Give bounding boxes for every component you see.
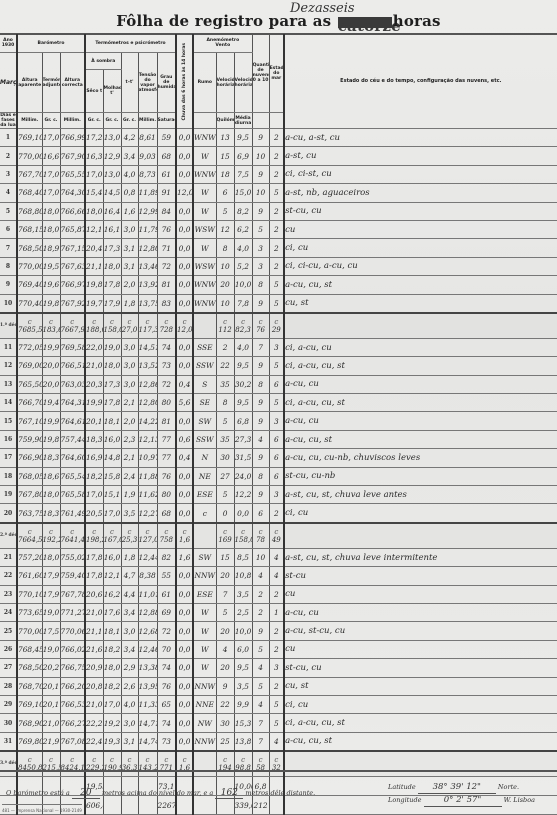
cell-conditions: st-cu, cu-nb [284, 467, 557, 485]
cell-vapor: 11,62 [138, 486, 157, 504]
cell-vel: 27 [216, 467, 234, 485]
cell-vapor: 14,74 [138, 732, 157, 751]
cell-rain: 0,0 [176, 129, 193, 147]
cell-vel: 5 [216, 202, 234, 220]
cell-wet: 17,3 [103, 375, 121, 393]
decade-corr: c7641,49 [60, 523, 85, 549]
baro-thermo-header: Termómetro adjunto [42, 53, 60, 113]
day-number: 4 [0, 184, 17, 202]
cell-rain: 0,0 [176, 659, 193, 677]
decade-conditions [284, 751, 557, 777]
cell-rain: 0,0 [176, 695, 193, 713]
cell-vel2: 8,2 [234, 202, 252, 220]
cell-dir: NNW [193, 677, 216, 695]
cell-corr: 771,27 [60, 603, 85, 621]
cell-vel2: 13,8 [234, 732, 252, 751]
cell-hum: 77 [157, 430, 176, 448]
cell-thermo: 19,4 [42, 394, 60, 412]
cell-dir: S [193, 375, 216, 393]
cell-wet: 18,1 [103, 622, 121, 640]
cell-vel2: 4,0 [234, 239, 252, 257]
cell-dir: NNW [193, 567, 216, 585]
cell-hum: 76 [157, 467, 176, 485]
cell-dir: NW [193, 714, 216, 732]
table-row: 31769,8021,9767,0822,419,33,114,74730,0N… [0, 732, 557, 751]
cell-dry: 15,4 [85, 184, 103, 202]
cell-thermo: 18,6 [42, 467, 60, 485]
cell-diff: 3,0 [121, 220, 138, 238]
cell-diff: 1,6 [121, 202, 138, 220]
cell-vel: 4 [216, 640, 234, 658]
cell-sea: 2 [269, 239, 284, 257]
table-row: 22761,6017,9759,4017,812,14,78,38550,0NN… [0, 567, 557, 585]
decade-wet: c158,0 [103, 313, 121, 339]
cell-sea: 5 [269, 184, 284, 202]
cell-corr: 766,66 [60, 202, 85, 220]
cell-corr: 766,27 [60, 714, 85, 732]
cell-clouds: 9 [252, 622, 269, 640]
day-number: 5 [0, 202, 17, 220]
unit-label: Gr. c. [85, 113, 103, 129]
cell-hum: 61 [157, 585, 176, 603]
baro-corrected-header: Altura correcta [60, 53, 85, 113]
decade-sea: c32 [269, 751, 284, 777]
barometer-note: O barómetro está a 20 metros acima do ní… [6, 788, 315, 799]
cell-vapor: 14,22 [138, 412, 157, 430]
table-row: 8770,0019,5767,6321,118,03,113,46720,0WS… [0, 257, 557, 275]
cell-wet: 12,9 [103, 147, 121, 165]
cell-wet: 18,2 [103, 640, 121, 658]
cell-clouds: 9 [252, 294, 269, 313]
cell-wet: 13,0 [103, 129, 121, 147]
cell-clouds: 2 [252, 585, 269, 603]
cell-conditions: ci, cu [284, 239, 557, 257]
decade-sea: c29 [269, 313, 284, 339]
cell-vel: 22 [216, 695, 234, 713]
cell-vel2: 12,2 [234, 486, 252, 504]
cell-vel2: 6,9 [234, 147, 252, 165]
baro-note-mid: metros acima do nível do mar, e a [102, 789, 213, 797]
day-number: 21 [0, 548, 17, 566]
decade-summary-row: 1.ª décadac7685,50c183,6c7667,92c188,0c1… [0, 313, 557, 339]
cell-vel: 35 [216, 375, 234, 393]
cell-vapor: 11,79 [138, 220, 157, 238]
cell-conditions: cu [284, 640, 557, 658]
cell-hum: 59 [157, 129, 176, 147]
cell-vapor: 8,38 [138, 567, 157, 585]
cell-conditions: a-cu, cu, st [284, 732, 557, 751]
cell-conditions: st-cu [284, 567, 557, 585]
cell-vapor: 12,46 [138, 640, 157, 658]
cell-vel: 12 [216, 220, 234, 238]
cell-thermo: 21,9 [42, 732, 60, 751]
unit-label: Gr. c. [121, 113, 138, 129]
table-row: 19767,8018,0765,5817,015,11,911,62800,0E… [0, 486, 557, 504]
cell-vapor: 12,88 [138, 603, 157, 621]
table-row: 16759,9019,8757,4418,316,02,312,13770,6S… [0, 430, 557, 448]
cell-clouds: 8 [252, 375, 269, 393]
cell-vel2: 9,5 [234, 659, 252, 677]
cell-dry: 22,4 [85, 732, 103, 751]
cell-diff: 3,1 [121, 732, 138, 751]
table-row: 15767,1019,9764,6120,118,12,014,22810,0S… [0, 412, 557, 430]
cell-corr: 767,92 [60, 294, 85, 313]
decade-hum: c771 [157, 751, 176, 777]
cell-dry: 20,5 [85, 504, 103, 523]
cell-sea: 4 [269, 548, 284, 566]
cell-clouds: 5 [252, 220, 269, 238]
decade-dry: c198,2 [85, 523, 103, 549]
days-header: Dias e fases da lua [0, 113, 17, 129]
cell-vapor: 12,13 [138, 430, 157, 448]
cell-hum: 84 [157, 202, 176, 220]
cell-clouds: 4 [252, 567, 269, 585]
title-struck-word: catorze [338, 17, 392, 28]
cell-dir: W [193, 147, 216, 165]
cell-corr: 767,08 [60, 732, 85, 751]
table-row: 23770,1017,9767,7820,616,24,411,01610,0E… [0, 585, 557, 603]
cell-wet: 17,8 [103, 276, 121, 294]
cell-dir: SW [193, 412, 216, 430]
cell-vel: 5 [216, 486, 234, 504]
sea-header: Estado do mar [269, 34, 284, 113]
cell-diff: 2,9 [121, 659, 138, 677]
cell-vel2: 9,9 [234, 695, 252, 713]
cell-clouds: 4 [252, 430, 269, 448]
printer-rule [2, 804, 82, 805]
cell-clouds: 9 [252, 449, 269, 467]
year-header: Ano1930 [0, 34, 17, 53]
cell-baro: 770,40 [17, 294, 42, 313]
cell-thermo: 19,5 [42, 257, 60, 275]
anemo-group-header: AnemómetroVento [193, 34, 252, 53]
wind-vel-header: Velocidade horária [216, 53, 234, 113]
cell-baro: 770,00 [17, 622, 42, 640]
cell-conditions: st-cu, cu [284, 659, 557, 677]
cell-rain: 0,0 [176, 585, 193, 603]
decade-label: 3.ª década [0, 751, 17, 777]
cell-hum: 76 [157, 220, 176, 238]
cell-sea: 3 [269, 659, 284, 677]
longitude-direction: W. Lisboa [504, 796, 535, 804]
table-row: 3767,7017,0765,5517,013,04,08,73610,0WNW… [0, 165, 557, 183]
decade-wet: c167,0 [103, 523, 121, 549]
cell-conditions: cu [284, 220, 557, 238]
cell-vel2: 9,5 [234, 129, 252, 147]
cell-hum: 77 [157, 449, 176, 467]
cell-wet: 17,6 [103, 603, 121, 621]
cell-dry: 19,8 [85, 276, 103, 294]
decade-vel2: c98,8 [234, 751, 252, 777]
table-row: 7768,5018,9767,1520,417,33,112,80710,0W8… [0, 239, 557, 257]
cell-thermo: 16,6 [42, 147, 60, 165]
cell-vel2: 9,5 [234, 357, 252, 375]
cell-thermo: 19,0 [42, 640, 60, 658]
cell-rain: 0,0 [176, 567, 193, 585]
cell-dir: WSW [193, 257, 216, 275]
cell-thermo: 20,0 [42, 375, 60, 393]
decade-vel: c112 [216, 313, 234, 339]
cell-wet: 18,0 [103, 659, 121, 677]
unit-label [252, 113, 269, 129]
cell-thermo: 17,9 [42, 567, 60, 585]
cell-wet: 19,0 [103, 338, 121, 356]
cell-diff: 3,5 [121, 504, 138, 523]
table-row: 11772,0519,9769,5822,019,03,014,51740,0S… [0, 338, 557, 356]
cell-dry: 18,0 [85, 202, 103, 220]
cell-hum: 55 [157, 567, 176, 585]
cell-vapor: 10,97 [138, 449, 157, 467]
wind-dir-header: Rumo [193, 53, 216, 113]
cell-clouds: 7 [252, 732, 269, 751]
table-row: 10770,4019,8767,9219,717,91,813,75830,0W… [0, 294, 557, 313]
cell-thermo: 18,0 [42, 202, 60, 220]
cell-corr: 769,58 [60, 338, 85, 356]
cell-sea: 2 [269, 165, 284, 183]
cell-vapor: 11,88 [138, 467, 157, 485]
cell-baro: 768,15 [17, 220, 42, 238]
cell-dry: 21,0 [85, 357, 103, 375]
cell-baro: 768,80 [17, 202, 42, 220]
latitude-direction: Norte. [498, 783, 519, 791]
cell-thermo: 19,9 [42, 412, 60, 430]
cell-diff: 4,7 [121, 567, 138, 585]
baro-distance-value: 162 [215, 788, 243, 799]
cell-clouds: 4 [252, 659, 269, 677]
cell-sea: 2 [269, 677, 284, 695]
cell-thermo: 20,2 [42, 659, 60, 677]
cell-dir: W [193, 622, 216, 640]
cell-dry: 21,6 [85, 640, 103, 658]
day-number: 12 [0, 357, 17, 375]
barometer-group-header: Barómetro [17, 34, 85, 53]
cell-thermo: 18,0 [42, 220, 60, 238]
unit-label: Média diurna [234, 113, 252, 129]
cell-vel2: 5,2 [234, 257, 252, 275]
cell-rain: 0,4 [176, 375, 193, 393]
cell-thermo: 19,6 [42, 276, 60, 294]
cell-thermo: 18,3 [42, 449, 60, 467]
unit-label: Quilóm. [216, 113, 234, 129]
cell-vel: 8 [216, 394, 234, 412]
cell-sea: 3 [269, 486, 284, 504]
decade-dry: c229,2 [85, 751, 103, 777]
cell-baro: 769,80 [17, 732, 42, 751]
cell-vapor: 13,95 [138, 677, 157, 695]
cell-hum: 73 [157, 357, 176, 375]
title-suffix: horas [393, 12, 441, 30]
decade-conditions [284, 523, 557, 549]
cell-sea: 6 [269, 449, 284, 467]
clouds-header: Quantidade de nuvens 0 a 10 [252, 34, 269, 113]
cell-dry: 19,9 [85, 394, 103, 412]
cell-dir: WNW [193, 276, 216, 294]
cell-clouds: 9 [252, 486, 269, 504]
cell-diff: 4,0 [121, 695, 138, 713]
cell-dry: 18,2 [85, 467, 103, 485]
cell-dry: 20,1 [85, 412, 103, 430]
decade-sea: c49 [269, 523, 284, 549]
cell-vel: 22 [216, 357, 234, 375]
cell-vapor: 13,52 [138, 357, 157, 375]
cell-vel: 20 [216, 659, 234, 677]
cell-vapor: 14,51 [138, 338, 157, 356]
cell-vapor: 12,44 [138, 548, 157, 566]
cell-conditions: a-st, nb, aguaceiros [284, 184, 557, 202]
day-number: 1 [0, 129, 17, 147]
cell-hum: 74 [157, 714, 176, 732]
cell-clouds: 9 [252, 202, 269, 220]
cell-vapor: 13,38 [138, 659, 157, 677]
day-number: 6 [0, 220, 17, 238]
cell-vel2: 0,0 [234, 504, 252, 523]
cell-thermo: 17,5 [42, 622, 60, 640]
day-number: 15 [0, 412, 17, 430]
cell-diff: 3,4 [121, 147, 138, 165]
cell-sea: 5 [269, 714, 284, 732]
cell-vel: 10 [216, 294, 234, 313]
table-row: 20763,7518,3761,4920,517,03,512,27680,0c… [0, 504, 557, 523]
day-number: 11 [0, 338, 17, 356]
decade-dir [193, 751, 216, 777]
cell-corr: 767,78 [60, 585, 85, 603]
cell-sea: 5 [269, 357, 284, 375]
cell-vel: 15 [216, 548, 234, 566]
cell-conditions: a-st, cu, st, chuva leve intermitente [284, 548, 557, 566]
cell-vel: 25 [216, 732, 234, 751]
cell-hum: 71 [157, 239, 176, 257]
cell-clouds: 5 [252, 677, 269, 695]
cell-conditions: a-st, cu, st, chuva leve antes [284, 486, 557, 504]
cell-hum: 81 [157, 276, 176, 294]
register-body: 1769,1017,0766,9917,213,04,28,61590,0WNW… [0, 129, 557, 815]
cell-corr: 755,02 [60, 548, 85, 566]
cell-rain: 0,0 [176, 504, 193, 523]
cell-dir: W [193, 603, 216, 621]
table-row: 6768,1518,0765,8712,116,13,011,79760,0WS… [0, 220, 557, 238]
cell-diff: 3,0 [121, 338, 138, 356]
unit-label: Millim. [17, 113, 42, 129]
cell-hum: 69 [157, 603, 176, 621]
decade-label: 1.ª década [0, 313, 17, 339]
cell-dir: N [193, 449, 216, 467]
cell-wet: 16,0 [103, 548, 121, 566]
day-number: 17 [0, 449, 17, 467]
cell-baro: 768,50 [17, 239, 42, 257]
cell-corr: 767,15 [60, 239, 85, 257]
day-number: 3 [0, 165, 17, 183]
cell-vapor: 12,99 [138, 202, 157, 220]
cell-conditions: ci, cu [284, 695, 557, 713]
cell-rain: 0,0 [176, 165, 193, 183]
cell-sea: 5 [269, 394, 284, 412]
cell-vel2: 7,8 [234, 294, 252, 313]
cell-wet: 13,0 [103, 165, 121, 183]
cell-sea: 3 [269, 338, 284, 356]
cell-thermo: 21,0 [42, 714, 60, 732]
cell-hum: 80 [157, 394, 176, 412]
decade-corr: c7667,92 [60, 313, 85, 339]
cell-vel2: 6,0 [234, 640, 252, 658]
cell-hum: 74 [157, 338, 176, 356]
cell-dry: 21,0 [85, 603, 103, 621]
cell-conditions: ci, a-cu, cu, st [284, 714, 557, 732]
cell-diff: 2,6 [121, 677, 138, 695]
cell-clouds: 3 [252, 257, 269, 275]
cell-rain: 5,6 [176, 394, 193, 412]
cell-hum: 80 [157, 486, 176, 504]
cell-corr: 765,87 [60, 220, 85, 238]
cell-clouds: 9 [252, 357, 269, 375]
decade-baro: c8450,80 [17, 751, 42, 777]
cell-vapor: 12,68 [138, 622, 157, 640]
day-number: 2 [0, 147, 17, 165]
cell-vel2: 9,5 [234, 394, 252, 412]
cell-dir: W [193, 659, 216, 677]
cell-corr: 761,49 [60, 504, 85, 523]
cell-dir: SSW [193, 430, 216, 448]
decade-diff: c27,0 [121, 313, 138, 339]
cell-dry: 16,3 [85, 147, 103, 165]
page-title: Fôlha de registro para as catorzehoras [0, 12, 557, 30]
cell-vapor: 13,46 [138, 257, 157, 275]
cell-vel2: 24,0 [234, 467, 252, 485]
cell-corr: 765,58 [60, 486, 85, 504]
dry-header: Sêco t [85, 70, 103, 113]
cell-wet: 18,2 [103, 677, 121, 695]
cell-vel2: 27,3 [234, 430, 252, 448]
cell-corr: 757,44 [60, 430, 85, 448]
cell-vel2: 31,5 [234, 449, 252, 467]
cell-baro: 768,70 [17, 677, 42, 695]
day-number: 26 [0, 640, 17, 658]
cell-conditions: a-cu, cu, cu-nb, chuviscos leves [284, 449, 557, 467]
cell-conditions: cu, st [284, 677, 557, 695]
cell-rain: 0,0 [176, 714, 193, 732]
cell-wet: 16,0 [103, 430, 121, 448]
cell-wet: 17,0 [103, 504, 121, 523]
cell-sea: 1 [269, 603, 284, 621]
register-sheet: Dezasseis Fôlha de registro para as cato… [0, 0, 557, 815]
table-row: 17766,9018,3764,6016,914,82,110,97770,4N… [0, 449, 557, 467]
cell-vapor: 12,80 [138, 239, 157, 257]
cell-vel: 9 [216, 677, 234, 695]
cell-conditions: a-cu, cu, st [284, 430, 557, 448]
cell-baro: 768,50 [17, 659, 42, 677]
cell-baro: 768,90 [17, 714, 42, 732]
cell-dir: W [193, 640, 216, 658]
cell-hum: 76 [157, 677, 176, 695]
cell-sea: 6 [269, 467, 284, 485]
cell-corr: 766,75 [60, 659, 85, 677]
cell-rain: 0,0 [176, 412, 193, 430]
table-row: 30768,9021,0766,2722,219,23,014,71740,0N… [0, 714, 557, 732]
baro-note-prefix: O barómetro está a [6, 789, 70, 797]
cell-vel2: 6,8 [234, 412, 252, 430]
cell-vel2: 8,5 [234, 548, 252, 566]
cell-wet: 14,8 [103, 449, 121, 467]
wet-header: Molhado t' [103, 70, 121, 113]
wind-vel2-header: Velocidade horária [234, 53, 252, 113]
decade-vel2: c158,0 [234, 523, 252, 549]
thermo-group-header: Termómetros e psicrómetro [85, 34, 176, 53]
table-row: 4768,4017,0764,3015,414,50,811,899112,0W… [0, 184, 557, 202]
longitude-value: 0° 2' 57" [424, 794, 502, 807]
cell-vapor: 8,61 [138, 129, 157, 147]
cell-conditions: st-cu, cu [284, 202, 557, 220]
cell-vel: 30 [216, 714, 234, 732]
day-number: 8 [0, 257, 17, 275]
